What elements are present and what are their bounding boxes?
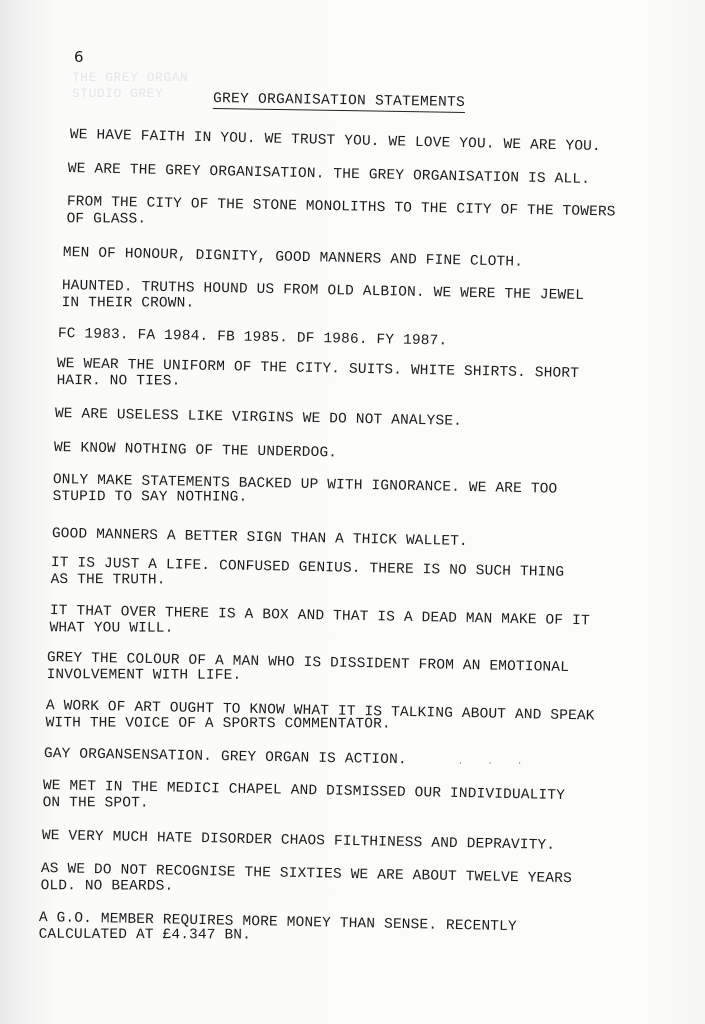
statement-line: WE KNOW NOTHING OF THE UNDERDOG. — [54, 442, 337, 460]
statement: GREY THE COLOUR OF A MAN WHO IS DISSIDEN… — [47, 652, 570, 688]
statement-line: ON THE SPOT. — [43, 797, 565, 812]
statement-line: HAIR. NO TIES. — [57, 375, 579, 390]
ink-specks: · · · — [458, 759, 532, 768]
statement: IT THAT OVER THERE IS A BOX AND THAT IS … — [50, 605, 590, 641]
statement-line: OLD. NO BEARDS. — [41, 880, 572, 895]
statement-line: WHAT YOU WILL. — [50, 622, 590, 637]
statement: WE ARE USELESS LIKE VIRGINS WE DO NOT AN… — [55, 408, 462, 429]
statement: WE VERY MUCH HATE DISORDER CHAOS FILTHIN… — [42, 830, 556, 853]
statement-line: AS THE TRUTH. — [51, 574, 564, 589]
page-title: GREY ORGANISATION STATEMENTS — [213, 91, 465, 113]
statement: A G.O. MEMBER REQUIRES MORE MONEY THAN S… — [39, 912, 517, 947]
bleed-through-text: THE GREY ORGAN STUDIO GREY — [72, 70, 188, 102]
statement-line: WE ARE THE GREY ORGANISATION. THE GREY O… — [68, 163, 590, 187]
statement: WE KNOW NOTHING OF THE UNDERDOG. — [54, 442, 337, 460]
statement-line: WE HAVE FAITH IN YOU. WE TRUST YOU. WE L… — [70, 129, 601, 154]
statement: A WORK OF ART OUGHT TO KNOW WHAT IT IS T… — [46, 700, 595, 737]
statement-line: FC 1983. FA 1984. FB 1985. DF 1986. FY 1… — [58, 328, 448, 348]
page-number: 6 — [74, 48, 84, 66]
statement-line: GAY ORGANSENSATION. GREY ORGAN IS ACTION… — [44, 748, 407, 767]
statement: FROM THE CITY OF THE STONE MONOLITHS TO … — [67, 196, 616, 233]
statement-line: INVOLVEMENT WITH LIFE. — [47, 669, 569, 684]
statement-line: WE VERY MUCH HATE DISORDER CHAOS FILTHIN… — [42, 830, 556, 853]
statement-line: IN THEIR CROWN. — [62, 297, 584, 312]
statement: MEN OF HONOUR, DIGNITY, GOOD MANNERS AND… — [63, 247, 523, 270]
statement-line: WE ARE USELESS LIKE VIRGINS WE DO NOT AN… — [55, 408, 462, 429]
statement-line: CALCULATED AT £4.347 BN. — [39, 929, 517, 944]
statement: WE ARE THE GREY ORGANISATION. THE GREY O… — [68, 163, 590, 187]
statement-line: MEN OF HONOUR, DIGNITY, GOOD MANNERS AND… — [63, 247, 523, 270]
statement: WE WEAR THE UNIFORM OF THE CITY. SUITS. … — [57, 358, 580, 394]
statement-line: GOOD MANNERS A BETTER SIGN THAN A THICK … — [52, 528, 468, 549]
statement-line: OF GLASS. — [67, 213, 616, 228]
statement: WE HAVE FAITH IN YOU. WE TRUST YOU. WE L… — [70, 129, 601, 154]
statement-line: WITH THE VOICE OF A SPORTS COMMENTATOR. — [46, 717, 595, 732]
statement: IT IS JUST A LIFE. CONFUSED GENIUS. THER… — [51, 557, 565, 593]
statement: GOOD MANNERS A BETTER SIGN THAN A THICK … — [52, 528, 468, 549]
statement: ONLY MAKE STATEMENTS BACKED UP WITH IGNO… — [53, 474, 558, 510]
statement: GAY ORGANSENSATION. GREY ORGAN IS ACTION… — [44, 748, 407, 767]
statement: FC 1983. FA 1984. FB 1985. DF 1986. FY 1… — [58, 328, 448, 348]
statement: WE MET IN THE MEDICI CHAPEL AND DISMISSE… — [43, 780, 566, 816]
statement: AS WE DO NOT RECOGNISE THE SIXTIES WE AR… — [41, 863, 572, 899]
statement: HAUNTED. TRUTHS HOUND US FROM OLD ALBION… — [62, 280, 585, 316]
scanned-page: THE GREY ORGAN STUDIO GREY 6 GREY ORGANI… — [0, 0, 705, 1024]
statement-line: STUPID TO SAY NOTHING. — [53, 491, 558, 506]
